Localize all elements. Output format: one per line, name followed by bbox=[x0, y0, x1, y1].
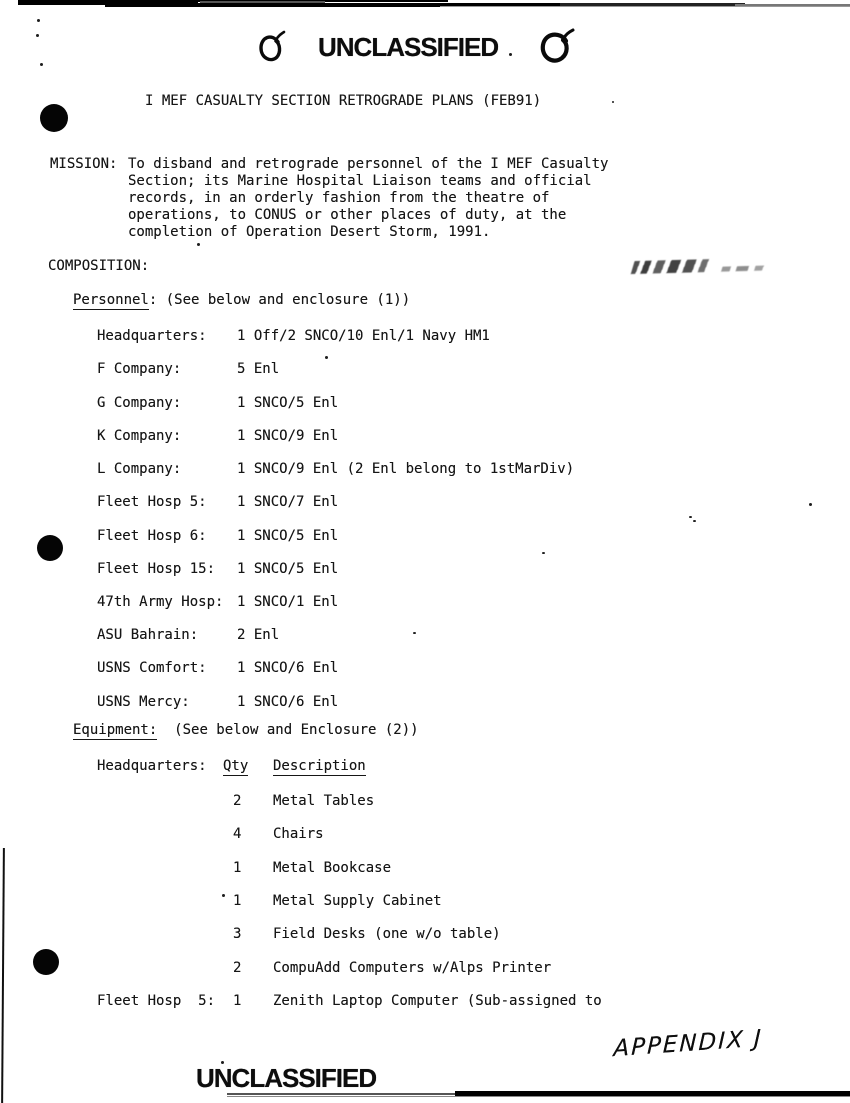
scan-speck bbox=[413, 632, 416, 634]
equipment-row: Fleet Hosp 5:1Zenith Laptop Computer (Su… bbox=[97, 993, 602, 1009]
equipment-row: 1Metal Supply Cabinet bbox=[97, 893, 442, 909]
scan-speck bbox=[542, 552, 545, 554]
scan-bottom-border bbox=[0, 1089, 850, 1101]
personnel-row: F Company:5 Enl bbox=[97, 361, 279, 377]
equipment-row: 2Metal Tables bbox=[97, 793, 374, 809]
mission-label: MISSION: bbox=[50, 156, 117, 172]
equipment-table-header: Headquarters: Qty Description bbox=[97, 758, 366, 774]
equipment-row: 2CompuAdd Computers w/Alps Printer bbox=[97, 960, 551, 976]
personnel-row: Fleet Hosp 5:1 SNCO/7 Enl bbox=[97, 494, 338, 510]
classification-header: UNCLASSIFIED bbox=[318, 32, 498, 63]
personnel-heading-label: Personnel bbox=[73, 292, 149, 310]
composition-label: COMPOSITION: bbox=[48, 258, 149, 274]
scan-speck bbox=[693, 520, 696, 522]
scan-speck bbox=[325, 356, 328, 359]
scan-speck bbox=[222, 894, 225, 897]
personnel-heading-note: : (See below and enclosure (1)) bbox=[149, 292, 410, 308]
qty-column-header: Qty bbox=[223, 758, 248, 776]
scan-speck bbox=[612, 101, 614, 103]
scan-speck bbox=[689, 516, 692, 518]
equipment-row: 1Metal Bookcase bbox=[97, 860, 391, 876]
hole-punch-mark bbox=[33, 949, 59, 975]
personnel-row: USNS Mercy:1 SNCO/6 Enl bbox=[97, 694, 338, 710]
personnel-row: L Company:1 SNCO/9 Enl (2 Enl belong to … bbox=[97, 461, 574, 477]
mission-text: To disband and retrograde personnel of t… bbox=[128, 156, 608, 241]
scan-top-border bbox=[0, 0, 850, 9]
personnel-row: 47th Army Hosp:1 SNCO/1 Enl bbox=[97, 594, 338, 610]
stamp-c-mark-icon bbox=[256, 28, 288, 68]
equipment-heading-label: Equipment: bbox=[73, 722, 157, 740]
personnel-row: Fleet Hosp 15:1 SNCO/5 Enl bbox=[97, 561, 338, 577]
handwritten-appendix-note: APPENDIX J bbox=[613, 1026, 763, 1063]
scan-speck bbox=[809, 503, 812, 506]
personnel-row: K Company:1 SNCO/9 Enl bbox=[97, 428, 338, 444]
scan-speck bbox=[37, 19, 40, 22]
equipment-heading-note: (See below and Enclosure (2)) bbox=[157, 722, 418, 738]
description-column-header: Description bbox=[273, 758, 366, 776]
document-page: UNCLASSIFIED I MEF CASUALTY SECTION RETR… bbox=[0, 0, 850, 1103]
ink-smudge bbox=[721, 265, 771, 271]
personnel-heading: Personnel: (See below and enclosure (1)) bbox=[73, 292, 410, 308]
document-title: I MEF CASUALTY SECTION RETROGRADE PLANS … bbox=[145, 93, 541, 109]
personnel-row: Headquarters:1 Off/2 SNCO/10 Enl/1 Navy … bbox=[97, 328, 490, 344]
personnel-row: USNS Comfort:1 SNCO/6 Enl bbox=[97, 660, 338, 676]
personnel-row: Fleet Hosp 6:1 SNCO/5 Enl bbox=[97, 528, 338, 544]
scan-speck bbox=[40, 63, 43, 66]
stamp-c-mark-icon bbox=[534, 27, 578, 71]
personnel-row: ASU Bahrain:2 Enl bbox=[97, 627, 279, 643]
hole-punch-mark bbox=[37, 535, 63, 561]
hole-punch-mark bbox=[40, 104, 68, 132]
scan-edge-line bbox=[1, 848, 5, 1103]
personnel-row: G Company:1 SNCO/5 Enl bbox=[97, 395, 338, 411]
scan-speck bbox=[221, 1061, 224, 1064]
equipment-row: 4Chairs bbox=[97, 826, 324, 842]
scan-speck bbox=[197, 243, 200, 246]
scan-speck bbox=[36, 34, 39, 37]
ink-smudge bbox=[631, 259, 716, 274]
equipment-heading: Equipment: (See below and Enclosure (2)) bbox=[73, 722, 419, 738]
equipment-owner-label: Headquarters: bbox=[97, 758, 223, 774]
scan-speck bbox=[509, 53, 512, 56]
equipment-row: 3Field Desks (one w/o table) bbox=[97, 926, 501, 942]
